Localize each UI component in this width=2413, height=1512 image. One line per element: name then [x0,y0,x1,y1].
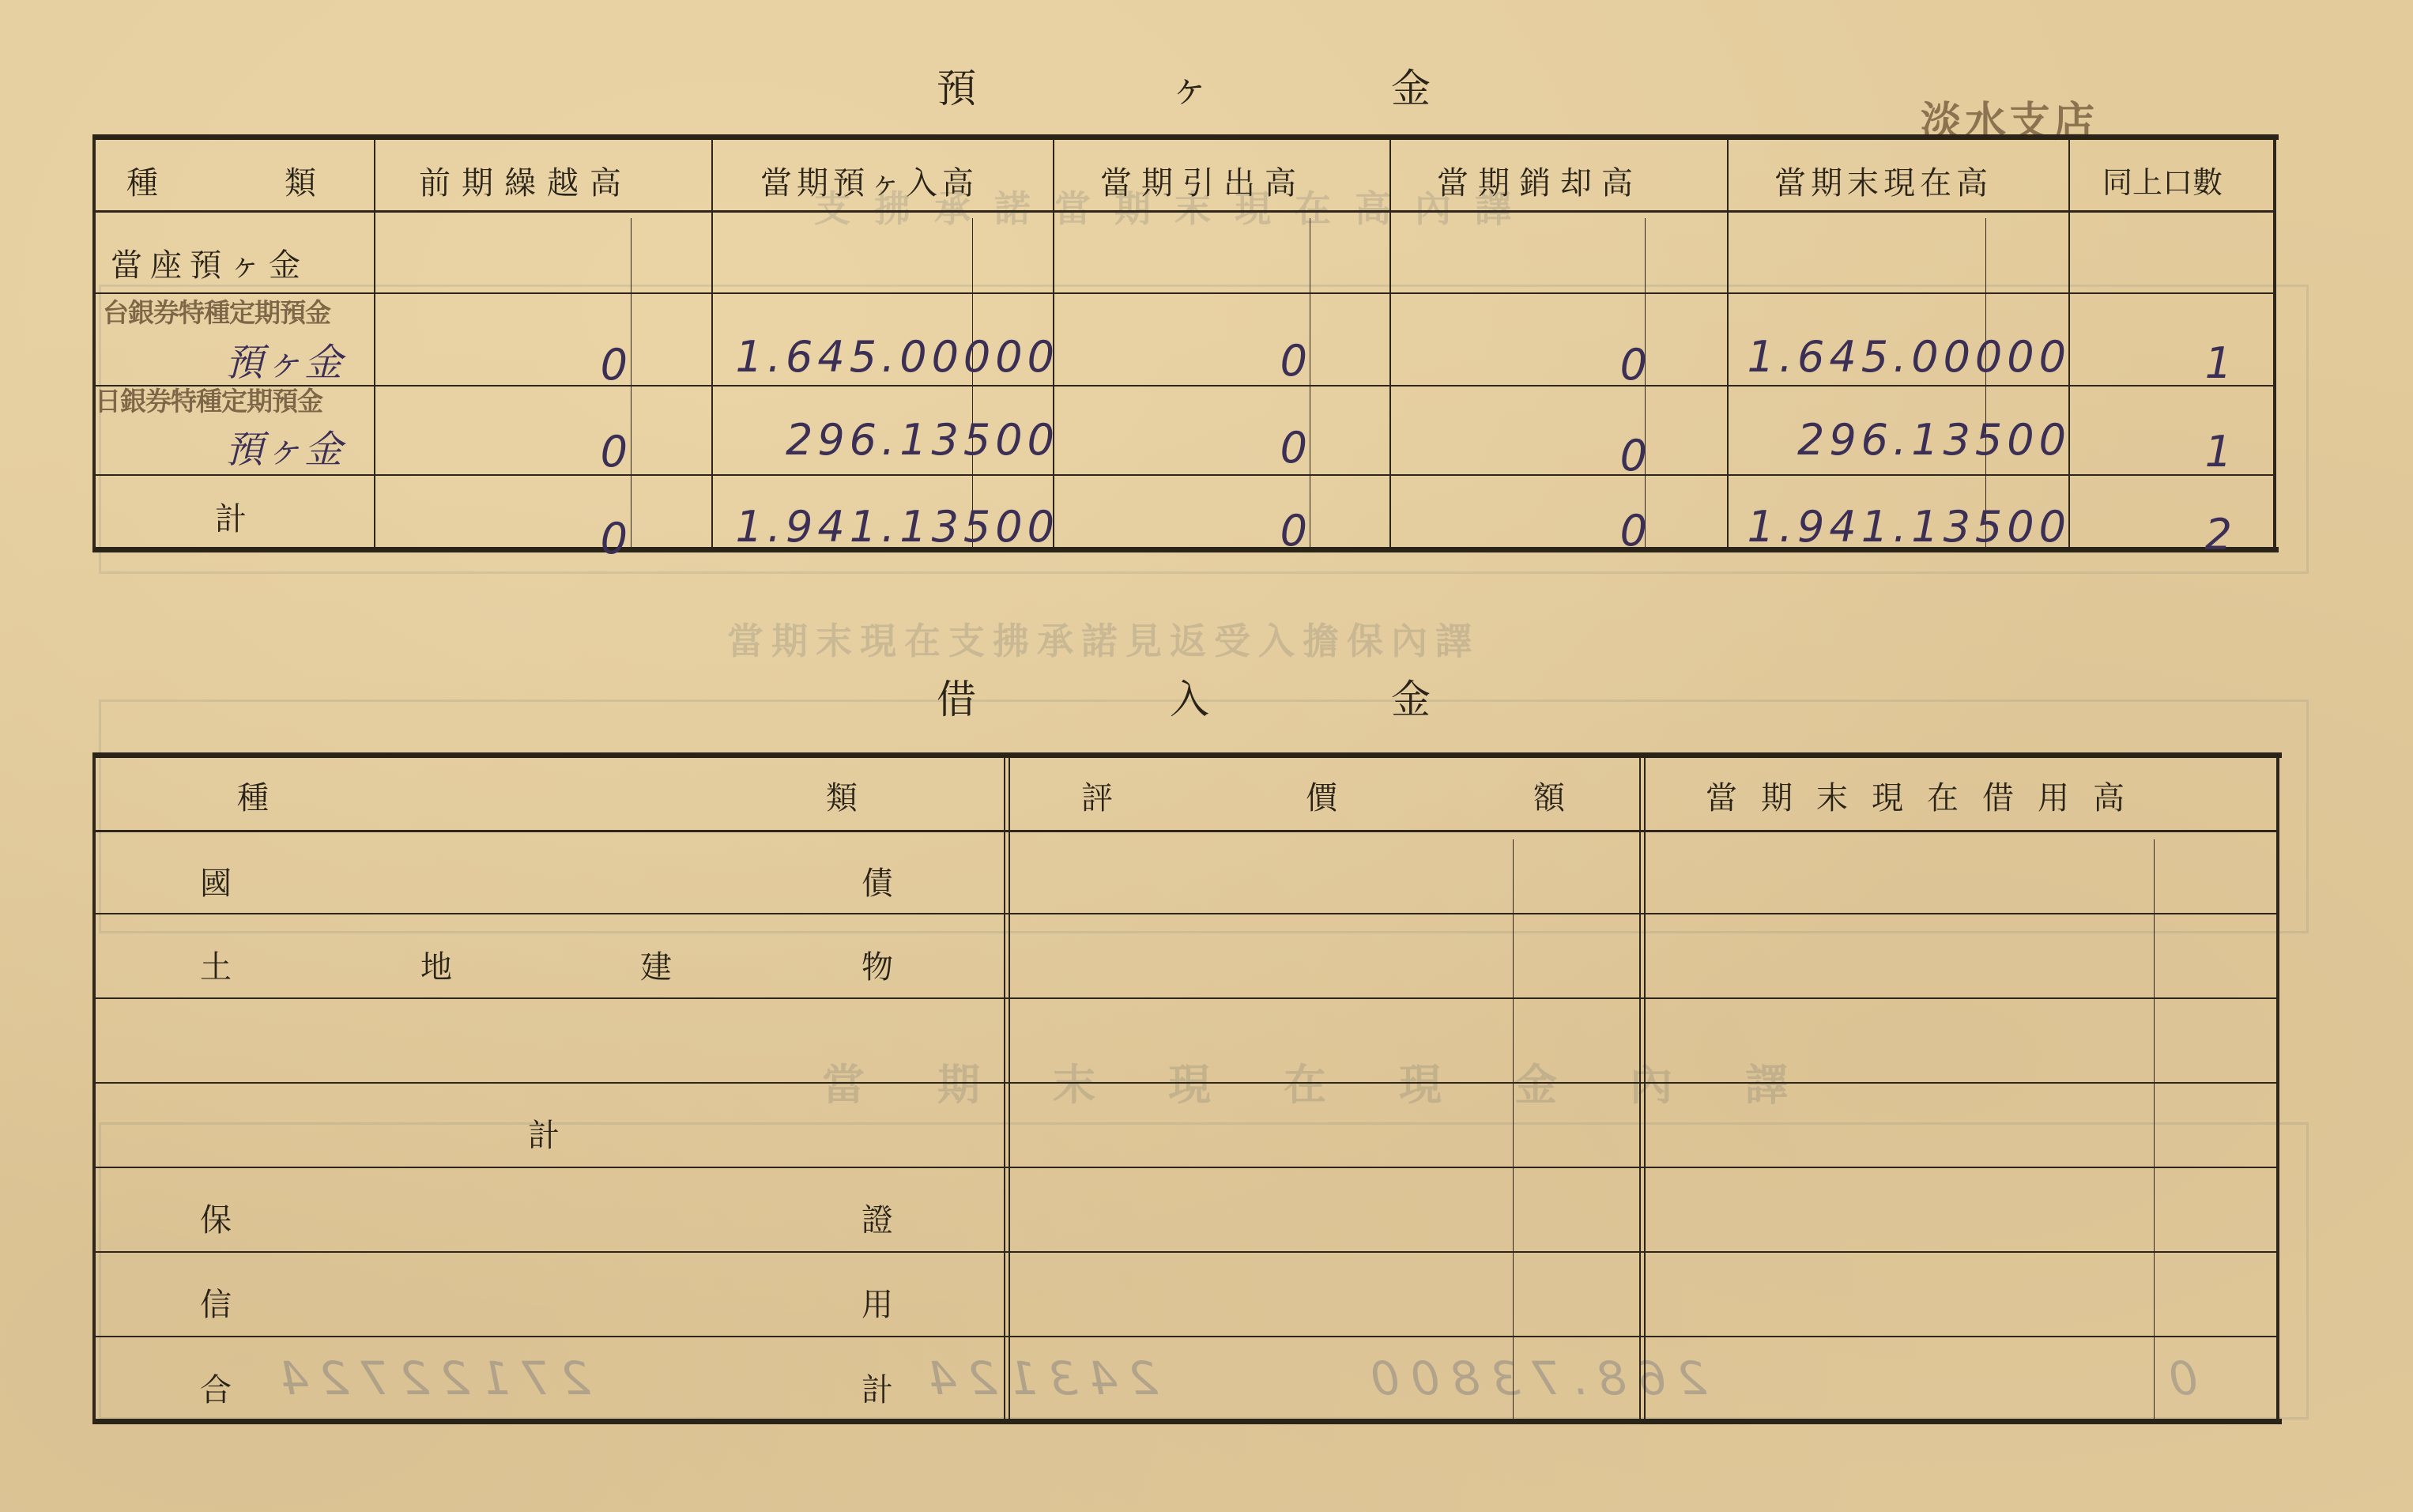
borrowings-grand-total-char-1: 合 [200,1365,232,1410]
deposits-row-2-type-stamp: 日銀券特種定期預金 [95,381,322,418]
deposits-total-deposited: 1.941.13500 [727,502,1059,552]
borrowings-row-divider [96,997,2277,999]
deposits-header-carried-forward: 前期繰越高 [419,158,632,203]
deposits-total-withdrawn: 0 [1265,506,1312,556]
borrowings-row-land-buildings-char-2: 地 [420,942,452,987]
borrowings-subtotal-label: 計 [528,1110,560,1156]
borrowings-row-land-buildings-char-1: 土 [200,942,232,987]
deposits-row-2-accounts: 1 [2197,427,2237,477]
deposits-header-written-off: 當期銷却高 [1437,158,1642,203]
borrowings-table-bottom-border [92,1419,2282,1424]
deposits-title-char-1: 預 [937,57,976,114]
deposits-total-balance: 1.941.13500 [1739,502,2071,552]
deposits-title-char-2: ヶ [1170,57,1209,114]
borrowings-header-divider [96,830,2277,832]
deposits-header-withdrawn: 當期引出高 [1100,158,1306,203]
deposits-header-accounts: 同上口數 [2102,158,2223,202]
bleed-through-number-4: 0 [2158,1352,2198,1405]
bleed-through-number-1: 27122724 [269,1352,590,1405]
borrowings-row-credit-char-1: 信 [200,1280,232,1325]
deposits-row-2-deposited: 296.13500 [727,415,1059,465]
borrowings-row-land-buildings-char-4: 物 [862,942,893,987]
bleed-through-number-2: 243124 [917,1352,1158,1405]
borrowings-title-char-3: 金 [1391,668,1431,725]
deposits-row-1-carried-forward: 0 [585,340,632,390]
borrowings-header-valuation-3: 額 [1533,773,1565,818]
deposits-total-carried-forward: 0 [585,514,632,564]
borrowings-table-right-border [2276,757,2279,1421]
deposits-row-1-balance: 1.645.00000 [1739,332,2071,382]
deposits-header-divider [96,210,2273,213]
borrowings-row-divider [96,1082,2277,1084]
deposits-total-accounts: 2 [2197,510,2237,560]
deposits-row-2-type-handwritten: 預ヶ金 [225,419,344,473]
borrowings-header-valuation-2: 價 [1306,773,1337,818]
deposits-row-2-withdrawn: 0 [1265,423,1312,473]
borrowings-row-divider [96,1336,2277,1337]
deposits-total-written-off: 0 [1604,506,1652,556]
borrowings-row-divider [96,1251,2277,1253]
deposits-col-divider [1389,139,1391,547]
bleed-through-number-3: 268.73800 [1359,1352,1707,1405]
deposits-header-balance: 當期末現在高 [1774,158,1993,203]
deposits-row-1-deposited: 1.645.00000 [727,332,1059,382]
deposits-row-1-written-off: 0 [1604,340,1652,390]
deposits-row-1-type-handwritten: 預ヶ金 [225,332,344,386]
borrowings-subcol-divider [1513,839,1514,1419]
deposits-header-type: 種 類 [126,158,324,203]
borrowings-header-type-right: 類 [826,773,858,818]
deposits-table-top-border [92,134,2279,140]
deposits-row-1-withdrawn: 0 [1265,336,1312,386]
borrowings-row-national-bonds-char-2: 債 [862,858,893,903]
deposits-header-deposited: 當期預ヶ入高 [760,158,978,203]
bleed-through-heading-1: 當期末現在支拂承諾見返受入擔保內譯 [727,613,1480,665]
borrowings-table-left-border [92,757,96,1421]
borrowings-title-char-1: 借 [937,668,976,725]
deposits-col-divider [1727,139,1729,547]
borrowings-title-char-2: 入 [1170,668,1209,725]
borrowings-grand-total-char-2: 計 [862,1365,893,1410]
borrowings-header-type-left: 種 [237,773,269,818]
deposits-col-divider [711,139,713,547]
deposits-col-divider [374,139,375,547]
borrowings-row-national-bonds-char-1: 國 [200,858,232,903]
deposits-total-label: 計 [215,494,247,539]
deposits-row-1-type-stamp: 台銀券特種定期預金 [103,292,330,330]
deposits-row-divider [96,474,2273,476]
deposits-row-2-balance: 296.13500 [1739,415,2071,465]
borrowings-row-credit-char-2: 用 [862,1280,893,1325]
borrowings-col-divider-double [1639,757,1646,1419]
borrowings-row-guaranteed-char-2: 證 [862,1195,893,1240]
deposits-row-2-written-off: 0 [1604,431,1652,481]
borrowings-row-divider [96,913,2277,914]
deposits-row-1-accounts: 1 [2197,338,2237,388]
deposits-row-current-account-label: 當座預ヶ金 [111,240,308,285]
borrowings-col-divider-double [1004,757,1010,1419]
deposits-title-char-3: 金 [1391,57,1431,114]
deposits-table-left-border [92,139,96,549]
deposits-row-2-carried-forward: 0 [585,427,632,477]
deposits-subcol-divider [972,218,973,547]
borrowings-row-guaranteed-char-1: 保 [200,1195,232,1240]
deposits-table-right-border [2273,139,2276,549]
borrowings-row-divider [96,1167,2277,1168]
borrowings-row-land-buildings-char-3: 建 [640,942,672,987]
borrowings-subcol-divider [2154,839,2155,1419]
deposits-subcol-divider [1985,218,1986,547]
deposits-row-divider [96,292,2273,294]
borrowings-header-balance: 當期末現在借用高 [1706,773,2148,818]
deposits-row-divider [96,385,2273,386]
borrowings-table-top-border [92,752,2282,758]
borrowings-header-valuation-1: 評 [1081,773,1113,818]
